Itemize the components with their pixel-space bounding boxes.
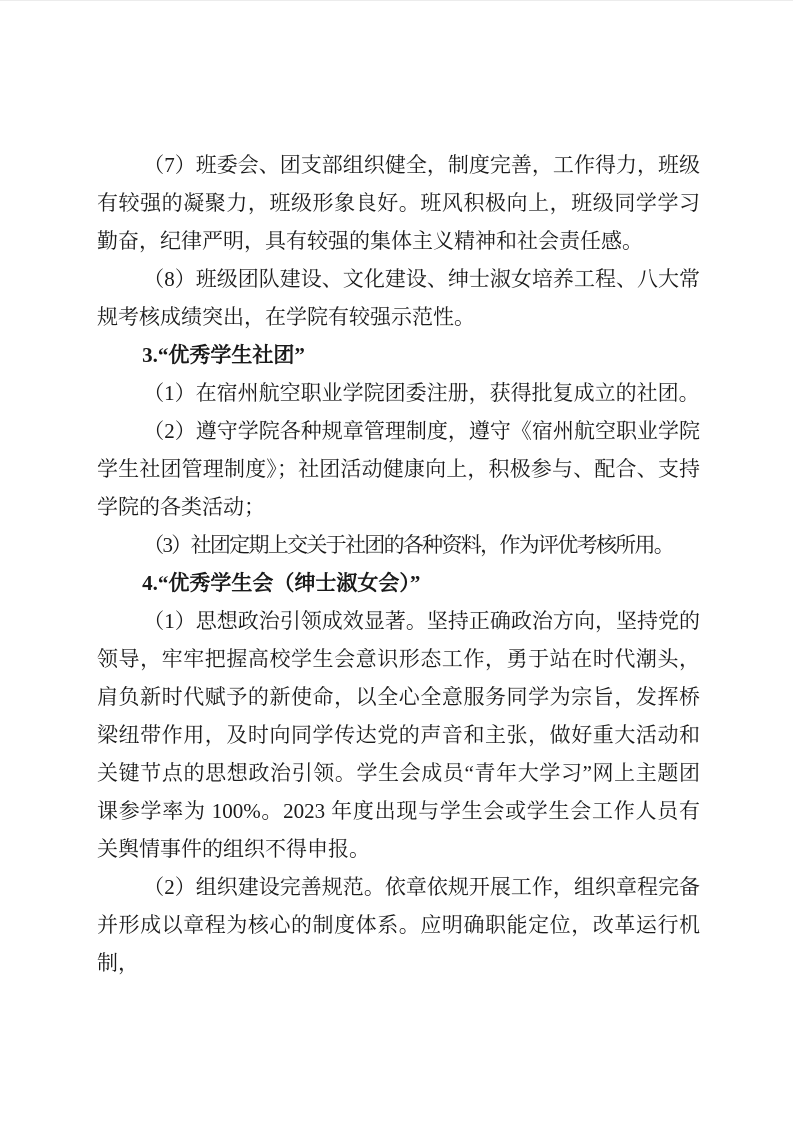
paragraph-item-3: （3）社团定期上交关于社团的各种资料，作为评优考核所用。	[97, 526, 700, 564]
paragraph-item-1-sec4: （1）思想政治引领成效显著。坚持正确政治方向，坚持党的领导，牢牢把握高校学生会意…	[97, 602, 700, 868]
document-page: （7）班委会、团支部组织健全，制度完善，工作得力，班级有较强的凝聚力，班级形象良…	[0, 0, 793, 1122]
section-heading-3: 3.“优秀学生社团”	[97, 336, 700, 374]
paragraph-item-1: （1）在宿州航空职业学院团委注册，获得批复成立的社团。	[97, 374, 700, 412]
section-heading-4: 4.“优秀学生会（绅士淑女会）”	[97, 564, 700, 602]
paragraph-item-2: （2）遵守学院各种规章管理制度，遵守《宿州航空职业学院学生社团管理制度》；社团活…	[97, 412, 700, 526]
paragraph-item-8: （8）班级团队建设、文化建设、绅士淑女培养工程、八大常规考核成绩突出，在学院有较…	[97, 260, 700, 336]
text-block: （7）班委会、团支部组织健全，制度完善，工作得力，班级有较强的凝聚力，班级形象良…	[97, 146, 700, 982]
paragraph-item-7: （7）班委会、团支部组织健全，制度完善，工作得力，班级有较强的凝聚力，班级形象良…	[97, 146, 700, 260]
paragraph-item-2-sec4: （2）组织建设完善规范。依章依规开展工作，组织章程完备并形成以章程为核心的制度体…	[97, 868, 700, 982]
